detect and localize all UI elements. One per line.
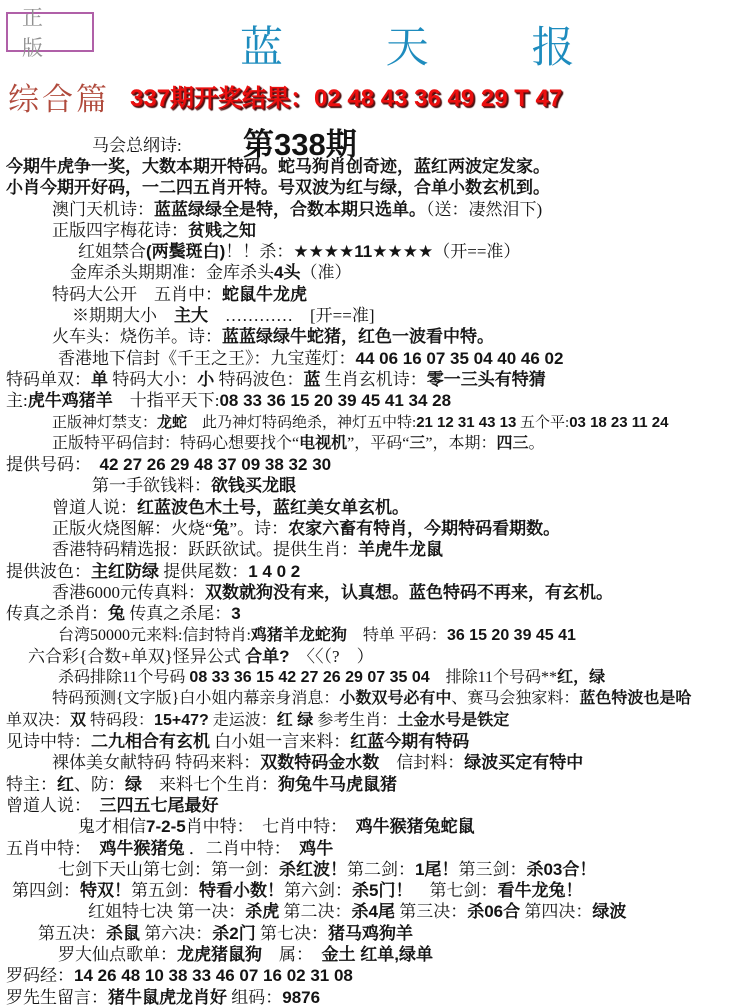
poem-hit-special: 见诗中特：二九相合有玄机 白小姐一言来料：红蓝今期有特码 bbox=[0, 731, 730, 752]
hongjie-seven-1: 红姐特七决 第一决：杀虎 第二决：杀4尾 第三决：杀06合 第四决：绿波 bbox=[0, 901, 730, 922]
zengdao-says-1-segment: 曾道人说： bbox=[52, 498, 137, 517]
seven-swords-1-segment: 七剑下天山第七剑：第一剑： bbox=[58, 860, 279, 879]
macau-heaven-poem-segment: 蓝蓝绿绿全是特，合数本期只选单。 bbox=[154, 200, 426, 219]
beauty-offers: 裸体美女献特码 特码来料：双数特码金水数 信封料：绿波买定有特中 bbox=[0, 752, 730, 773]
special-main-guard-segment: 绿 bbox=[125, 775, 142, 794]
period-size-segment: ………… [开==准] bbox=[208, 306, 375, 325]
seven-swords-2-segment: 特双！ bbox=[80, 881, 131, 900]
fire-burn-diagram-segment: 农家六畜有特肖，今期特码看期数。 bbox=[288, 519, 560, 538]
wave-and-tail-segment: 提供尾数： bbox=[159, 562, 248, 581]
odd-even-decision-segment: 单双决： bbox=[6, 712, 70, 729]
macau-heaven-poem: 澳门天机诗：蓝蓝绿绿全是特，合数本期只选单。（送：凄然泪下) bbox=[0, 199, 730, 220]
plum-blossom-poem-segment: 正版四字梅花诗： bbox=[52, 221, 188, 240]
hk-selection-report-segment: 羊虎牛龙鼠 bbox=[358, 540, 443, 559]
special-main-guard-segment: 、防： bbox=[74, 775, 125, 794]
special-main-guard-segment: 特主： bbox=[6, 775, 57, 794]
kill-exclude-codes-segment: 红，绿 bbox=[557, 669, 605, 686]
fire-burn-diagram: 正版火烧图解：火烧“兔”。诗：农家六畜有特肖，今期特码看期数。 bbox=[0, 518, 730, 539]
seven-swords-2-segment: 看牛龙兔！ bbox=[497, 881, 582, 900]
liuhecai-formula-segment: 合单? bbox=[245, 647, 289, 666]
magic-lamp-ban-segment: 21 12 31 43 13 bbox=[416, 414, 516, 431]
train-head: 火车头：烧伤羊。诗：蓝蓝绿绿牛蛇猪，红色一波看中特。 bbox=[0, 326, 730, 347]
luo-daxian-song: 罗大仙点歌单：龙虎猪鼠狗 属： 金土 红单,绿单 bbox=[0, 944, 730, 965]
kill-exclude-codes-segment: 杀码排除11个号码 bbox=[58, 669, 189, 686]
first-money-tip-segment: 第一手欲钱料： bbox=[92, 476, 211, 495]
fire-burn-diagram-segment: ”。诗： bbox=[230, 519, 289, 538]
genius-believe-segment: 肖中特： 七肖中特： bbox=[186, 817, 356, 836]
five-two-xiao-segment: ．二肖中特： bbox=[185, 839, 300, 858]
magic-lamp-ban-segment: 龙蛇 bbox=[157, 414, 187, 431]
hk-underground-envelope-segment: 香港地下信封《千王之王》：九宝莲灯： bbox=[58, 349, 356, 368]
provided-numbers-segment: 提供号码： bbox=[6, 455, 100, 474]
five-two-xiao-segment: 鸡牛 bbox=[299, 839, 333, 858]
wave-and-tail-segment: 主红防绿 bbox=[91, 562, 159, 581]
hongjie-seven-2-segment: 第五决： bbox=[38, 924, 106, 943]
main-poem-line-1: 今期牛虎争一奖，大数本期开特码。蛇马狗肖创奇迹，蓝红两波定发家。 bbox=[0, 156, 730, 177]
liuhecai-formula-segment: 六合彩{合数+单双}怪异公式 bbox=[28, 647, 245, 666]
section-label: 综合篇 bbox=[8, 74, 110, 119]
odd-even-decision-segment: 15+47? bbox=[154, 712, 209, 729]
five-xiao-public-segment: 特码大公开 五肖中： bbox=[52, 285, 222, 304]
main-poem-line-2-segment: 小肖今期开好码，一二四五肖开特。号双波为红与绿，合单小数玄机到。 bbox=[6, 178, 550, 197]
train-head-segment: 火车头：烧伤羊。诗： bbox=[52, 327, 222, 346]
seven-swords-2-segment: 第四剑： bbox=[12, 881, 80, 900]
hongjie-seven-1-segment: 红姐特七决 第一决： bbox=[88, 902, 245, 921]
special-flat-envelope-segment: 四三 bbox=[496, 435, 528, 452]
authentic-badge: 正版 bbox=[6, 12, 94, 52]
beauty-offers-segment: 信封料： bbox=[379, 753, 464, 772]
period-size-segment: 主大 bbox=[174, 306, 208, 325]
attribute-line-segment: 生肖玄机诗： bbox=[321, 370, 427, 389]
provided-numbers: 提供号码： 42 27 26 29 48 37 09 38 32 30 bbox=[0, 454, 730, 475]
kill-exclude-codes-segment: 排除11个号码** bbox=[430, 669, 557, 686]
luo-daxian-song-segment: 龙虎猪鼠狗 bbox=[177, 945, 262, 964]
seven-swords-2-segment: 杀5门！ bbox=[352, 881, 412, 900]
fire-burn-diagram-segment: 正版火烧图解：火烧“ bbox=[52, 519, 213, 538]
genius-believe: 鬼才相信7-2-5肖中特： 七肖中特： 鸡牛猴猪兔蛇鼠 bbox=[0, 816, 730, 837]
odd-even-decision-segment: 红 绿 bbox=[277, 712, 313, 729]
period-size-segment: ※期期大小 bbox=[72, 306, 174, 325]
hongjie-forbid: 红姐禁合(两鬓斑白)！！杀：★★★★11★★★★（开==准） bbox=[0, 241, 730, 262]
main-zodiac-ten-codes-segment: 十指平天下: bbox=[113, 391, 220, 410]
magic-lamp-ban-segment: 五个平: bbox=[516, 415, 569, 431]
hongjie-forbid-segment: (两鬓斑白) bbox=[146, 242, 225, 261]
treasury-kill-head-segment: （准） bbox=[300, 263, 351, 282]
five-two-xiao-segment: 鸡牛猴猪兔 bbox=[100, 839, 185, 858]
taiwan-50000-segment: 特单 平码： bbox=[347, 627, 447, 644]
zengdao-says-2: 曾道人说： 三四五七尾最好 bbox=[0, 795, 730, 816]
plum-blossom-poem-segment: 贫贱之知 bbox=[188, 221, 256, 240]
fax-kill-segment: 3 bbox=[231, 604, 240, 623]
hongjie-seven-2-segment: 杀2门 bbox=[212, 924, 255, 943]
odd-even-decision: 单双决：双 特码段：15+47? 走运波：红 绿 参考生肖：土金水号是铁定 bbox=[0, 710, 730, 731]
blue-sky-report-page: { "header": { "badge": "正版", "title": "蓝… bbox=[0, 0, 730, 1008]
text-prediction-segment: 特码预测{文字版}白小姐内幕亲身消息： bbox=[52, 690, 339, 707]
treasury-kill-head-segment: 金库杀头期期准：金库杀头 bbox=[70, 263, 274, 282]
attribute-line-segment: 特码大小： bbox=[108, 370, 197, 389]
first-money-tip: 第一手欲钱料：欲钱买龙眼 bbox=[0, 475, 730, 496]
seven-swords-1-segment: 杀红波！ bbox=[279, 860, 347, 879]
wave-and-tail-segment: 1 4 0 2 bbox=[248, 562, 300, 581]
five-xiao-public: 特码大公开 五肖中：蛇鼠牛龙虎 bbox=[0, 284, 730, 305]
luo-message-segment: 组码： bbox=[227, 988, 282, 1007]
previous-draw-result: 337期开奖结果：02 48 43 36 49 29 T 47 bbox=[130, 78, 562, 113]
main-poem-line-1-segment: 今期牛虎争一奖，大数本期开特码。蛇马狗肖创奇迹，蓝红两波定发家。 bbox=[6, 157, 550, 176]
fire-burn-diagram-segment: 兔 bbox=[213, 519, 230, 538]
seven-swords-2: 第四剑：特双！第五剑：特看小数！第六剑：杀5门！ 第七剑：看牛龙兔！ bbox=[0, 880, 730, 901]
main-zodiac-ten-codes-segment: 虎牛鸡猪羊 bbox=[28, 391, 113, 410]
macau-heaven-poem-segment: （送：凄然泪下) bbox=[426, 200, 542, 219]
train-head-segment: 蓝蓝绿绿牛蛇猪，红色一波看中特。 bbox=[222, 327, 494, 346]
seven-swords-2-segment: 第六剑： bbox=[284, 881, 352, 900]
special-main-guard: 特主：红、防：绿 来料七个生肖：狗兔牛马虎鼠猪 bbox=[0, 774, 730, 795]
luo-code-classic-segment: 14 26 48 10 38 33 46 07 16 02 31 08 bbox=[74, 966, 353, 985]
odd-even-decision-segment: 参考生肖： bbox=[313, 712, 397, 729]
hk-6000-fax-segment: 双数就狗没有来，认真想。蓝色特码不再来，有玄机。 bbox=[205, 583, 613, 602]
special-main-guard-segment: 红 bbox=[57, 775, 74, 794]
genius-believe-segment: 鸡牛猴猪兔蛇鼠 bbox=[356, 817, 475, 836]
magic-lamp-ban: 正版神灯禁支：龙蛇 此乃神灯特码绝杀，神灯五中特:21 12 31 43 13 … bbox=[0, 412, 730, 433]
wave-and-tail-segment: 提供波色： bbox=[6, 562, 91, 581]
hk-6000-fax: 香港6000元传真料：双数就狗没有来，认真想。蓝色特码不再来，有玄机。 bbox=[0, 582, 730, 603]
beauty-offers-segment: 双数特码金水数 bbox=[260, 753, 379, 772]
poem-hit-special-segment: 红蓝今期有特码 bbox=[350, 732, 469, 751]
attribute-line-segment: 特码波色： bbox=[214, 370, 303, 389]
provided-numbers-segment: 42 27 26 29 48 37 09 38 32 30 bbox=[100, 455, 332, 474]
hongjie-seven-1-segment: 第二决： bbox=[279, 902, 351, 921]
luo-daxian-song-segment: 属： bbox=[262, 945, 322, 964]
special-flat-envelope-segment: ”，平码“ bbox=[347, 435, 409, 452]
kill-exclude-codes-segment: 08 33 36 15 42 27 26 29 07 35 04 bbox=[189, 669, 429, 686]
hongjie-seven-1-segment: 第三决： bbox=[395, 902, 467, 921]
treasury-kill-head: 金库杀头期期准：金库杀头4头（准） bbox=[0, 262, 730, 283]
five-two-xiao: 五肖中特： 鸡牛猴猪兔 ．二肖中特： 鸡牛 bbox=[0, 838, 730, 859]
taiwan-50000-segment: 鸡猪羊龙蛇狗 bbox=[251, 627, 347, 644]
seven-swords-1-segment: 1尾！ bbox=[415, 860, 458, 879]
zengdao-says-2-segment: 三四五七尾最好 bbox=[100, 796, 219, 815]
text-prediction-segment: 小数双号必有中 bbox=[339, 690, 451, 707]
wave-and-tail: 提供波色：主红防绿 提供尾数：1 4 0 2 bbox=[0, 561, 730, 582]
seven-swords-2-segment: 特看小数！ bbox=[199, 881, 284, 900]
liuhecai-formula-segment: 〈〈（? ） bbox=[290, 647, 374, 666]
hongjie-forbid-segment: ！！杀： bbox=[225, 242, 293, 261]
hongjie-seven-2-segment: 猪马鸡狗羊 bbox=[328, 924, 413, 943]
taiwan-50000: 台湾50000元来料:信封特肖:鸡猪羊龙蛇狗 特单 平码：36 15 20 39… bbox=[0, 625, 730, 646]
text-prediction-segment: 蓝色特波也是哈 bbox=[579, 690, 691, 707]
hk-selection-report: 香港特码精选报：跃跃欲试。提供生肖：羊虎牛龙鼠 bbox=[0, 539, 730, 560]
report-body: 今期牛虎争一奖，大数本期开特码。蛇马狗肖创奇迹，蓝红两波定发家。小肖今期开好码，… bbox=[0, 156, 730, 1008]
fax-kill-segment: 传真之杀尾： bbox=[125, 604, 231, 623]
kill-exclude-codes: 杀码排除11个号码 08 33 36 15 42 27 26 29 07 35 … bbox=[0, 667, 730, 688]
attribute-line: 特码单双：单 特码大小：小 特码波色：蓝 生肖玄机诗：零一三头有特猜 bbox=[0, 369, 730, 390]
luo-code-classic: 罗码经：14 26 48 10 38 33 46 07 16 02 31 08 bbox=[0, 965, 730, 986]
hongjie-seven-2-segment: 杀鼠 bbox=[106, 924, 140, 943]
luo-daxian-song-segment: 金土 红单,绿单 bbox=[322, 945, 433, 964]
liuhecai-formula: 六合彩{合数+单双}怪异公式 合单? 〈〈（? ） bbox=[0, 646, 730, 667]
luo-message-segment: 9876 bbox=[282, 988, 320, 1007]
hongjie-seven-2-segment: 第六决： bbox=[140, 924, 212, 943]
hongjie-seven-2-segment: 第七决： bbox=[256, 924, 328, 943]
special-main-guard-segment: 来料七个生肖： bbox=[142, 775, 278, 794]
macau-heaven-poem-segment: 澳门天机诗： bbox=[52, 200, 154, 219]
page-title: 蓝 天 报 bbox=[240, 14, 621, 75]
seven-swords-2-segment: 第七剑： bbox=[412, 881, 497, 900]
genius-believe-segment: 鬼才相信 bbox=[78, 817, 146, 836]
zengdao-says-1: 曾道人说：红蓝波色木土号，蓝红美女单玄机。 bbox=[0, 497, 730, 518]
hk-underground-envelope: 香港地下信封《千王之王》：九宝莲灯：44 06 16 07 35 04 40 4… bbox=[0, 348, 730, 369]
attribute-line-segment: 小 bbox=[197, 370, 214, 389]
main-zodiac-ten-codes-segment: 主: bbox=[6, 391, 28, 410]
special-flat-envelope-segment: ”，本期： bbox=[425, 435, 496, 452]
taiwan-50000-segment: 36 15 20 39 45 41 bbox=[447, 627, 576, 644]
seven-swords-1-segment: 第三剑： bbox=[458, 860, 526, 879]
seven-swords-1-segment: 杀03合！ bbox=[526, 860, 596, 879]
hongjie-seven-1-segment: 杀虎 bbox=[245, 902, 279, 921]
hongjie-seven-1-segment: 第四决： bbox=[520, 902, 592, 921]
first-money-tip-segment: 欲钱买龙眼 bbox=[211, 476, 296, 495]
main-poem-line-2: 小肖今期开好码，一二四五肖开特。号双波为红与绿，合单小数玄机到。 bbox=[0, 177, 730, 198]
five-two-xiao-segment: 五肖中特： bbox=[6, 839, 100, 858]
hongjie-seven-1-segment: 杀06合 bbox=[467, 902, 520, 921]
poem-hit-special-segment: 二九相合有玄机 bbox=[91, 732, 210, 751]
fax-kill: 传真之杀肖：兔 传真之杀尾：3 bbox=[0, 603, 730, 624]
hongjie-forbid-segment: ★★★★11★★★★ bbox=[293, 242, 433, 261]
hk-underground-envelope-segment: 44 06 16 07 35 04 40 46 02 bbox=[356, 349, 564, 368]
seven-swords-1-segment: 第二剑： bbox=[347, 860, 415, 879]
luo-message-segment: 罗先生留言： bbox=[6, 988, 108, 1007]
zengdao-says-2-segment: 曾道人说： bbox=[6, 796, 100, 815]
attribute-line-segment: 特码单双： bbox=[6, 370, 91, 389]
genius-believe-segment: 7-2-5 bbox=[146, 817, 186, 836]
poem-hit-special-segment: 白小姐一言来料： bbox=[210, 732, 350, 751]
odd-even-decision-segment: 双 bbox=[70, 712, 86, 729]
attribute-line-segment: 零一三头有特猜 bbox=[427, 370, 546, 389]
five-xiao-public-segment: 蛇鼠牛龙虎 bbox=[222, 285, 307, 304]
hongjie-seven-1-segment: 杀4尾 bbox=[352, 902, 395, 921]
luo-code-classic-segment: 罗码经： bbox=[6, 966, 74, 985]
magic-lamp-ban-segment: 此乃神灯特码绝杀，神灯五中特: bbox=[187, 415, 416, 431]
hongjie-seven-1-segment: 绿波 bbox=[592, 902, 626, 921]
magic-lamp-ban-segment: 正版神灯禁支： bbox=[52, 415, 157, 431]
zengdao-says-1-segment: 红蓝波色木土号，蓝红美女单玄机。 bbox=[137, 498, 409, 517]
main-zodiac-ten-codes: 主:虎牛鸡猪羊 十指平天下:08 33 36 15 20 39 45 41 34… bbox=[0, 390, 730, 411]
hongjie-forbid-segment: 红姐禁合 bbox=[78, 242, 146, 261]
odd-even-decision-segment: 走运波： bbox=[209, 712, 277, 729]
period-size: ※期期大小 主大 ………… [开==准] bbox=[0, 305, 730, 326]
fax-kill-segment: 传真之杀肖： bbox=[6, 604, 108, 623]
odd-even-decision-segment: 土金水号是铁定 bbox=[397, 712, 509, 729]
hongjie-seven-2: 第五决：杀鼠 第六决：杀2门 第七决：猪马鸡狗羊 bbox=[0, 923, 730, 944]
special-flat-envelope-segment: 电视机 bbox=[299, 435, 347, 452]
special-flat-envelope: 正版特平码信封：特码心想要找个“电视机”，平码“三”，本期：四三。 bbox=[0, 433, 730, 454]
magic-lamp-ban-segment: 03 18 23 11 24 bbox=[569, 414, 668, 431]
special-main-guard-segment: 狗兔牛马虎鼠猪 bbox=[278, 775, 397, 794]
seven-swords-2-segment: 第五剑： bbox=[131, 881, 199, 900]
attribute-line-segment: 蓝 bbox=[304, 370, 321, 389]
text-prediction: 特码预测{文字版}白小姐内幕亲身消息：小数双号必有中、赛马会独家料：蓝色特波也是… bbox=[0, 688, 730, 709]
poem-label: 马会总纲诗: bbox=[92, 131, 182, 156]
beauty-offers-segment: 裸体美女献特码 特码来料： bbox=[52, 753, 260, 772]
authentic-badge-label: 正版 bbox=[22, 2, 92, 62]
odd-even-decision-segment: 特码段： bbox=[86, 712, 154, 729]
attribute-line-segment: 单 bbox=[91, 370, 108, 389]
luo-message: 罗先生留言：猪牛鼠虎龙肖好 组码：9876 bbox=[0, 987, 730, 1008]
taiwan-50000-segment: 台湾50000元来料:信封特肖: bbox=[58, 627, 251, 644]
hk-selection-report-segment: 香港特码精选报：跃跃欲试。提供生肖： bbox=[52, 540, 358, 559]
special-flat-envelope-segment: 三 bbox=[409, 435, 425, 452]
poem-hit-special-segment: 见诗中特： bbox=[6, 732, 91, 751]
text-prediction-segment: 、赛马会独家料： bbox=[451, 690, 579, 707]
hongjie-forbid-segment: （开==准） bbox=[433, 242, 520, 261]
special-flat-envelope-segment: 正版特平码信封：特码心想要找个“ bbox=[52, 435, 299, 452]
beauty-offers-segment: 绿波买定有特中 bbox=[464, 753, 583, 772]
hk-6000-fax-segment: 香港6000元传真料： bbox=[52, 583, 205, 602]
seven-swords-1: 七剑下天山第七剑：第一剑：杀红波！第二剑：1尾！第三剑：杀03合！ bbox=[0, 859, 730, 880]
treasury-kill-head-segment: 4头 bbox=[274, 263, 300, 282]
luo-message-segment: 猪牛鼠虎龙肖好 bbox=[108, 988, 227, 1007]
special-flat-envelope-segment: 。 bbox=[528, 435, 544, 452]
main-zodiac-ten-codes-segment: 08 33 36 15 20 39 45 41 34 28 bbox=[219, 391, 451, 410]
fax-kill-segment: 兔 bbox=[108, 604, 125, 623]
plum-blossom-poem: 正版四字梅花诗：贫贱之知 bbox=[0, 220, 730, 241]
luo-daxian-song-segment: 罗大仙点歌单： bbox=[58, 945, 177, 964]
